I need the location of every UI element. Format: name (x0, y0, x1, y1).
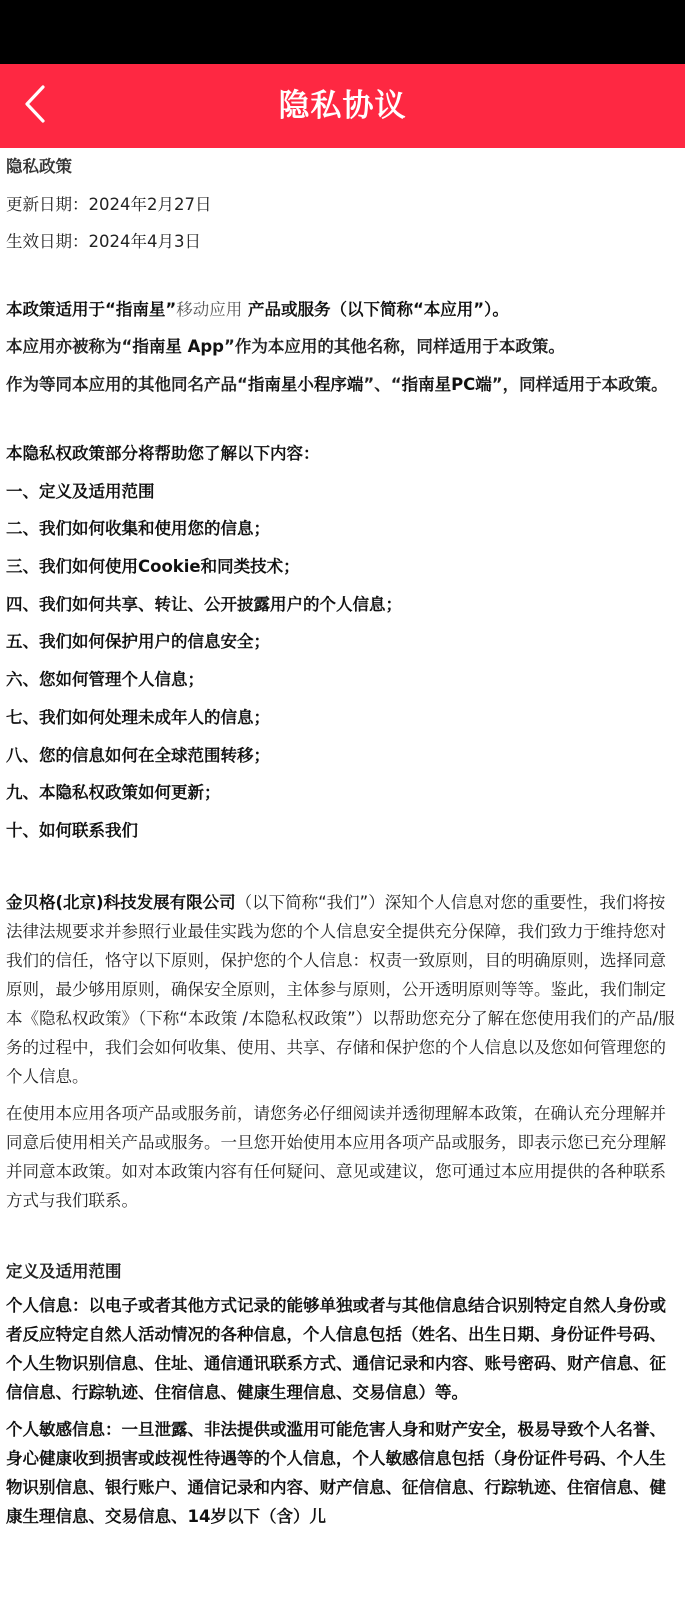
company-name: 金贝格(北京)科技发展有限公司 (6, 893, 236, 912)
section-title-definitions: 定义及适用范围 (6, 1253, 677, 1291)
intro-scope: 本政策适用于“指南星”移动应用 产品或服务（以下简称“本应用”）。 (6, 295, 677, 324)
intro-products-a: 作为等同本应用的其他同名产品“ (6, 375, 248, 394)
company-paragraph-text: （以下简称“我们”）深知个人信息对您的重要性，我们将按法律法规要求并参照行业最佳… (6, 893, 675, 1086)
intro-products-c: ”、“ (363, 375, 401, 394)
effective-date: 生效日期：2024年4月3日 (6, 223, 677, 261)
toc-item: 八、您的信息如何在全球范围转移； (6, 737, 677, 775)
intro-alias: 本应用亦被称为“指南星 App”作为本应用的其他名称，同样适用于本政策。 (6, 332, 677, 361)
toc-item: 二、我们如何收集和使用您的信息； (6, 510, 677, 548)
definition-sensitive-info: 个人敏感信息：一旦泄露、非法提供或滥用可能危害人身和财产安全，极易导致个人名誉、… (6, 1415, 677, 1531)
toc-heading: 本隐私权政策部分将帮助您了解以下内容： (6, 435, 677, 473)
intro-products-d: 指南星PC端 (402, 375, 492, 394)
toc-item: 一、定义及适用范围 (6, 473, 677, 511)
toc-item: 九、本隐私权政策如何更新； (6, 774, 677, 812)
intro-alias-b: 指南星 App (132, 337, 224, 356)
toc-item: 六、您如何管理个人信息； (6, 661, 677, 699)
nav-bar: 隐私协议 (0, 64, 685, 148)
toc-item: 三、我们如何使用Cookie和同类技术； (6, 548, 677, 586)
consent-paragraph: 在使用本应用各项产品或服务前，请您务必仔细阅读并透彻理解本政策，在确认充分理解并… (6, 1099, 677, 1215)
toc-item: 四、我们如何共享、转让、公开披露用户的个人信息； (6, 586, 677, 624)
intro-products: 作为等同本应用的其他同名产品“指南星小程序端”、“指南星PC端”，同样适用于本政… (6, 370, 677, 399)
toc-item: 十、如何联系我们 (6, 812, 677, 850)
intro-alias-a: 本应用亦被称为“ (6, 337, 132, 356)
page-title: 隐私协议 (0, 64, 685, 148)
spacer (6, 407, 677, 435)
status-bar (0, 0, 685, 64)
spacer (6, 850, 677, 888)
intro-alias-c: ”作为本应用的其他名称，同样适用于本政策。 (224, 337, 565, 356)
updated-date: 更新日期：2024年2月27日 (6, 186, 677, 224)
intro-products-b: 指南星小程序端 (248, 375, 364, 394)
toc-item: 五、我们如何保护用户的信息安全； (6, 623, 677, 661)
spacer (6, 261, 677, 295)
intro-scope-b: 移动应用 (176, 300, 242, 319)
definition-personal-info: 个人信息：以电子或者其他方式记录的能够单独或者与其他信息结合识别特定自然人身份或… (6, 1291, 677, 1407)
intro-scope-c: 产品或服务（以下简称“本应用”）。 (242, 300, 509, 319)
policy-title: 隐私政策 (6, 148, 677, 186)
company-paragraph: 金贝格(北京)科技发展有限公司（以下简称“我们”）深知个人信息对您的重要性，我们… (6, 888, 677, 1091)
privacy-content: 隐私政策 更新日期：2024年2月27日 生效日期：2024年4月3日 本政策适… (0, 148, 685, 1539)
intro-products-e: ”，同样适用于本政策。 (492, 375, 668, 394)
spacer (6, 1223, 677, 1253)
toc-item: 七、我们如何处理未成年人的信息； (6, 699, 677, 737)
intro-scope-a: 本政策适用于“指南星” (6, 300, 176, 319)
